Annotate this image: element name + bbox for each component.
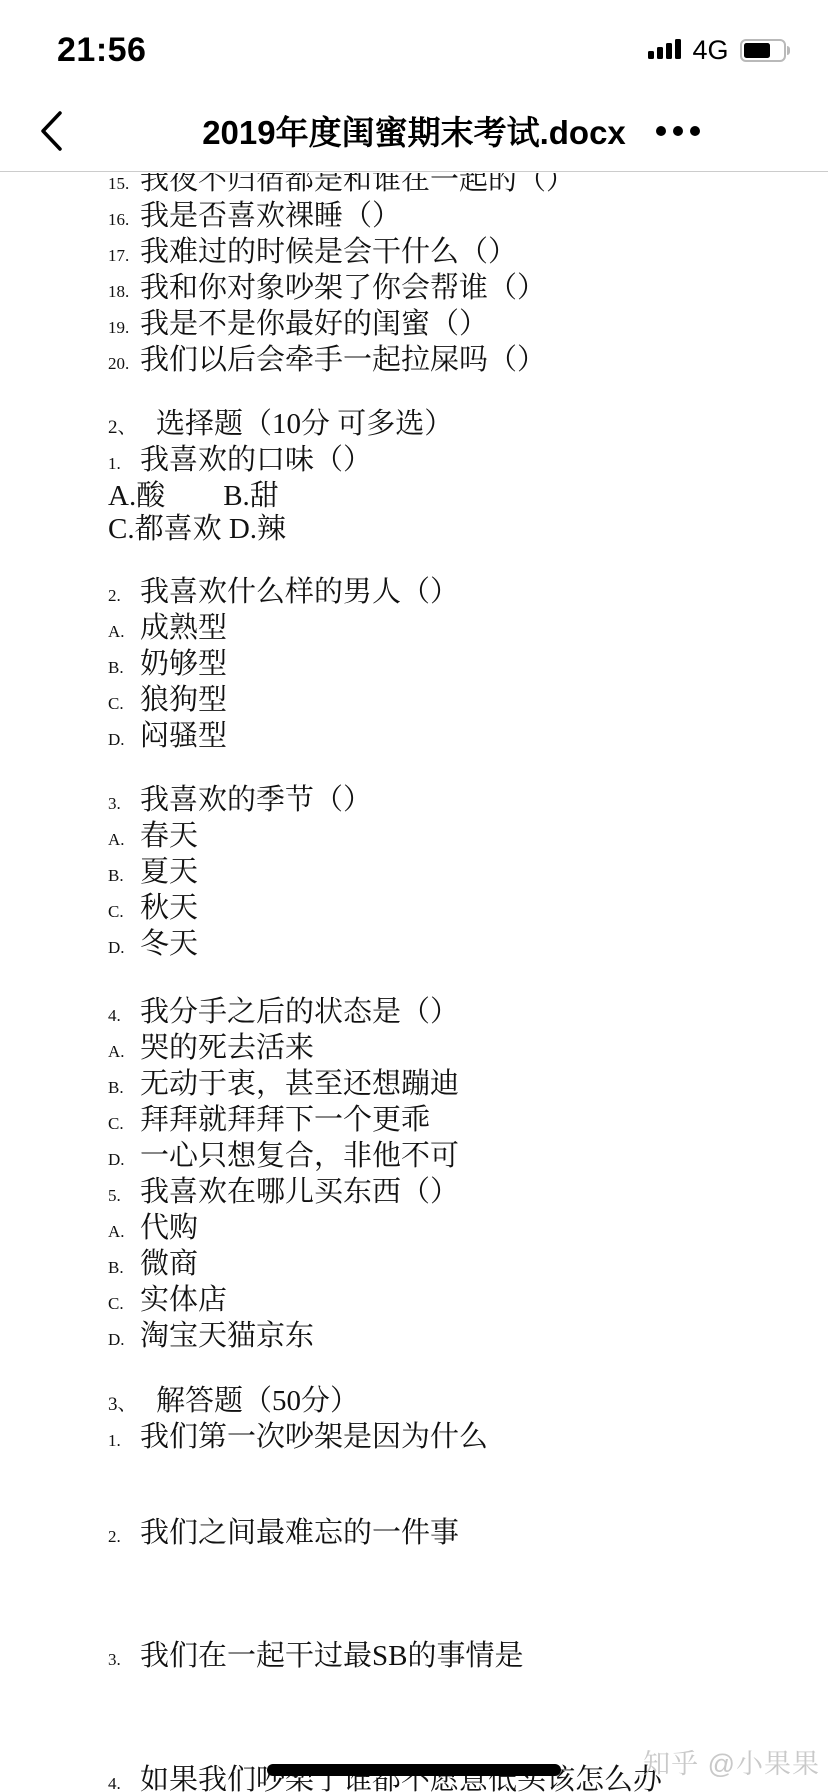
doc-line: B.无动于衷，甚至还想蹦迪 bbox=[108, 1068, 788, 1104]
watermark: 知乎 @小果果 bbox=[643, 1742, 820, 1781]
doc-line-prefix: A. bbox=[108, 1035, 140, 1068]
doc-gap bbox=[108, 1457, 788, 1517]
doc-line-prefix: 17. bbox=[108, 239, 140, 272]
doc-line-prefix: C. bbox=[108, 895, 140, 928]
doc-line: 15.我夜不归宿都是和谁在一起的（） bbox=[108, 173, 788, 200]
doc-line-prefix: 2、 bbox=[108, 411, 156, 444]
doc-line-text: 秋天 bbox=[140, 892, 198, 925]
doc-line-prefix: A. bbox=[108, 1215, 140, 1248]
doc-gap bbox=[108, 756, 788, 784]
clock-label: 21:56 bbox=[57, 31, 146, 70]
doc-line: 3、解答题（50分） bbox=[108, 1385, 788, 1421]
doc-line-text: 我喜欢的口味（） bbox=[140, 444, 372, 477]
doc-line-text: 哭的死去活来 bbox=[140, 1032, 314, 1065]
doc-line-text: A.酸 B.甜 bbox=[108, 480, 279, 512]
doc-line-text: 夏天 bbox=[140, 856, 198, 889]
doc-line-prefix: 3. bbox=[108, 787, 140, 820]
doc-line-prefix: B. bbox=[108, 651, 140, 684]
doc-line-text: 我夜不归宿都是和谁在一起的（） bbox=[140, 173, 575, 197]
doc-line-text: 闷骚型 bbox=[140, 720, 227, 753]
doc-line-prefix: 4. bbox=[108, 1767, 140, 1792]
home-indicator[interactable] bbox=[267, 1764, 561, 1776]
doc-line: B.微商 bbox=[108, 1248, 788, 1284]
doc-line-text: 我喜欢什么样的男人（） bbox=[140, 576, 459, 609]
more-button[interactable] bbox=[646, 90, 710, 172]
doc-line-prefix: D. bbox=[108, 723, 140, 756]
chevron-left-icon bbox=[38, 109, 64, 153]
doc-line: 18.我和你对象吵架了你会帮谁（） bbox=[108, 272, 788, 308]
doc-line-prefix: A. bbox=[108, 615, 140, 648]
doc-line-text: 无动于衷，甚至还想蹦迪 bbox=[140, 1068, 459, 1101]
doc-gap bbox=[108, 546, 788, 576]
doc-line-prefix: B. bbox=[108, 1071, 140, 1104]
doc-line: 4.我分手之后的状态是（） bbox=[108, 996, 788, 1032]
doc-line-prefix: 3. bbox=[108, 1643, 140, 1676]
doc-line-prefix: 15. bbox=[108, 173, 140, 200]
doc-line-prefix: 2. bbox=[108, 1520, 140, 1553]
doc-line: A.春天 bbox=[108, 820, 788, 856]
doc-line-text: 我喜欢的季节（） bbox=[140, 784, 372, 817]
doc-line-text: 一心只想复合，非他不可 bbox=[140, 1140, 459, 1173]
doc-line: A.成熟型 bbox=[108, 612, 788, 648]
doc-line-text: 微商 bbox=[140, 1248, 198, 1281]
doc-line: C.实体店 bbox=[108, 1284, 788, 1320]
doc-line: 1.我们第一次吵架是因为什么 bbox=[108, 1421, 788, 1457]
doc-line: C.秋天 bbox=[108, 892, 788, 928]
status-bar: 21:56 4G bbox=[0, 0, 828, 90]
doc-line-prefix: C. bbox=[108, 1107, 140, 1140]
status-icons: 4G bbox=[648, 35, 790, 66]
doc-line: 2.我们之间最难忘的一件事 bbox=[108, 1517, 788, 1553]
doc-line: 3.我喜欢的季节（） bbox=[108, 784, 788, 820]
doc-line-prefix: 1. bbox=[108, 447, 140, 480]
doc-line-prefix: A. bbox=[108, 823, 140, 856]
doc-line-text: 拜拜就拜拜下一个更乖 bbox=[140, 1104, 430, 1137]
doc-line-text: C.都喜欢 D.辣 bbox=[108, 513, 286, 545]
back-button[interactable] bbox=[30, 90, 72, 172]
doc-line-prefix: 3、 bbox=[108, 1388, 156, 1421]
document-viewer[interactable]: 15.我夜不归宿都是和谁在一起的（）16.我是否喜欢裸睡（）17.我难过的时候是… bbox=[0, 173, 828, 1792]
doc-line-prefix: C. bbox=[108, 687, 140, 720]
doc-line: B.夏天 bbox=[108, 856, 788, 892]
doc-line: 2.我喜欢什么样的男人（） bbox=[108, 576, 788, 612]
cellular-signal-icon bbox=[648, 38, 681, 62]
doc-line: A.哭的死去活来 bbox=[108, 1032, 788, 1068]
nav-bar: 2019年度闺蜜期末考试.docx bbox=[0, 90, 828, 172]
doc-line-prefix: 20. bbox=[108, 347, 140, 380]
doc-line-prefix: 1. bbox=[108, 1424, 140, 1457]
doc-line-prefix: D. bbox=[108, 1323, 140, 1356]
doc-line-text: 我分手之后的状态是（） bbox=[140, 996, 459, 1029]
doc-line-text: 冬天 bbox=[140, 928, 198, 961]
doc-line-prefix: C. bbox=[108, 1287, 140, 1320]
doc-line: 3.我们在一起干过最SB的事情是 bbox=[108, 1640, 788, 1676]
doc-line: D.闷骚型 bbox=[108, 720, 788, 756]
doc-gap bbox=[108, 1356, 788, 1385]
battery-icon bbox=[740, 39, 791, 62]
doc-line-text: 我们第一次吵架是因为什么 bbox=[140, 1421, 488, 1454]
doc-line-text: 淘宝天猫京东 bbox=[140, 1320, 314, 1353]
doc-line: D.冬天 bbox=[108, 928, 788, 964]
doc-line-text: 奶够型 bbox=[140, 648, 227, 681]
doc-gap bbox=[108, 964, 788, 996]
doc-gap bbox=[108, 380, 788, 408]
doc-line-text: 我是不是你最好的闺蜜（） bbox=[140, 308, 488, 341]
doc-line-text: 解答题（50分） bbox=[156, 1385, 359, 1418]
doc-line: C.狼狗型 bbox=[108, 684, 788, 720]
phone-screen: 21:56 4G 2019年度闺蜜期末考试.docx 15.我夜不归宿都是和谁在… bbox=[0, 0, 828, 1792]
doc-line: 16.我是否喜欢裸睡（） bbox=[108, 200, 788, 236]
doc-line: 2、选择题（10分 可多选） bbox=[108, 408, 788, 444]
doc-line-prefix: B. bbox=[108, 859, 140, 892]
doc-line: C.拜拜就拜拜下一个更乖 bbox=[108, 1104, 788, 1140]
doc-line: C.都喜欢 D.辣 bbox=[108, 513, 788, 546]
doc-line-text: 我和你对象吵架了你会帮谁（） bbox=[140, 272, 546, 305]
doc-line-prefix: B. bbox=[108, 1251, 140, 1284]
network-type-label: 4G bbox=[692, 35, 728, 66]
doc-line: 1.我喜欢的口味（） bbox=[108, 444, 788, 480]
doc-line-prefix: 16. bbox=[108, 203, 140, 236]
doc-line: D.淘宝天猫京东 bbox=[108, 1320, 788, 1356]
doc-line-text: 我喜欢在哪儿买东西（） bbox=[140, 1176, 459, 1209]
doc-line-text: 我们之间最难忘的一件事 bbox=[140, 1517, 459, 1550]
doc-line-text: 我们在一起干过最SB的事情是 bbox=[140, 1640, 523, 1673]
doc-line: A.酸 B.甜 bbox=[108, 480, 788, 513]
doc-line-text: 选择题（10分 可多选） bbox=[156, 408, 453, 441]
doc-line: 20.我们以后会牵手一起拉屎吗（） bbox=[108, 344, 788, 380]
doc-line-prefix: D. bbox=[108, 931, 140, 964]
doc-line-text: 成熟型 bbox=[140, 612, 227, 645]
doc-line-text: 我难过的时候是会干什么（） bbox=[140, 236, 517, 269]
doc-line: 17.我难过的时候是会干什么（） bbox=[108, 236, 788, 272]
doc-line-prefix: 18. bbox=[108, 275, 140, 308]
doc-line: 5.我喜欢在哪儿买东西（） bbox=[108, 1176, 788, 1212]
doc-line-prefix: 2. bbox=[108, 579, 140, 612]
doc-line-text: 我是否喜欢裸睡（） bbox=[140, 200, 401, 233]
doc-gap bbox=[108, 1553, 788, 1640]
ellipsis-icon bbox=[656, 126, 666, 136]
doc-line-prefix: D. bbox=[108, 1143, 140, 1176]
doc-line-prefix: 19. bbox=[108, 311, 140, 344]
doc-line-text: 春天 bbox=[140, 820, 198, 853]
doc-line: 19.我是不是你最好的闺蜜（） bbox=[108, 308, 788, 344]
doc-line-text: 我们以后会牵手一起拉屎吗（） bbox=[140, 344, 546, 377]
doc-line: B.奶够型 bbox=[108, 648, 788, 684]
doc-line: D.一心只想复合，非他不可 bbox=[108, 1140, 788, 1176]
doc-line-prefix: 4. bbox=[108, 999, 140, 1032]
doc-line: A.代购 bbox=[108, 1212, 788, 1248]
doc-line-text: 实体店 bbox=[140, 1284, 227, 1317]
doc-line-text: 代购 bbox=[140, 1212, 198, 1245]
doc-line-prefix: 5. bbox=[108, 1179, 140, 1212]
doc-line-text: 狼狗型 bbox=[140, 684, 227, 717]
